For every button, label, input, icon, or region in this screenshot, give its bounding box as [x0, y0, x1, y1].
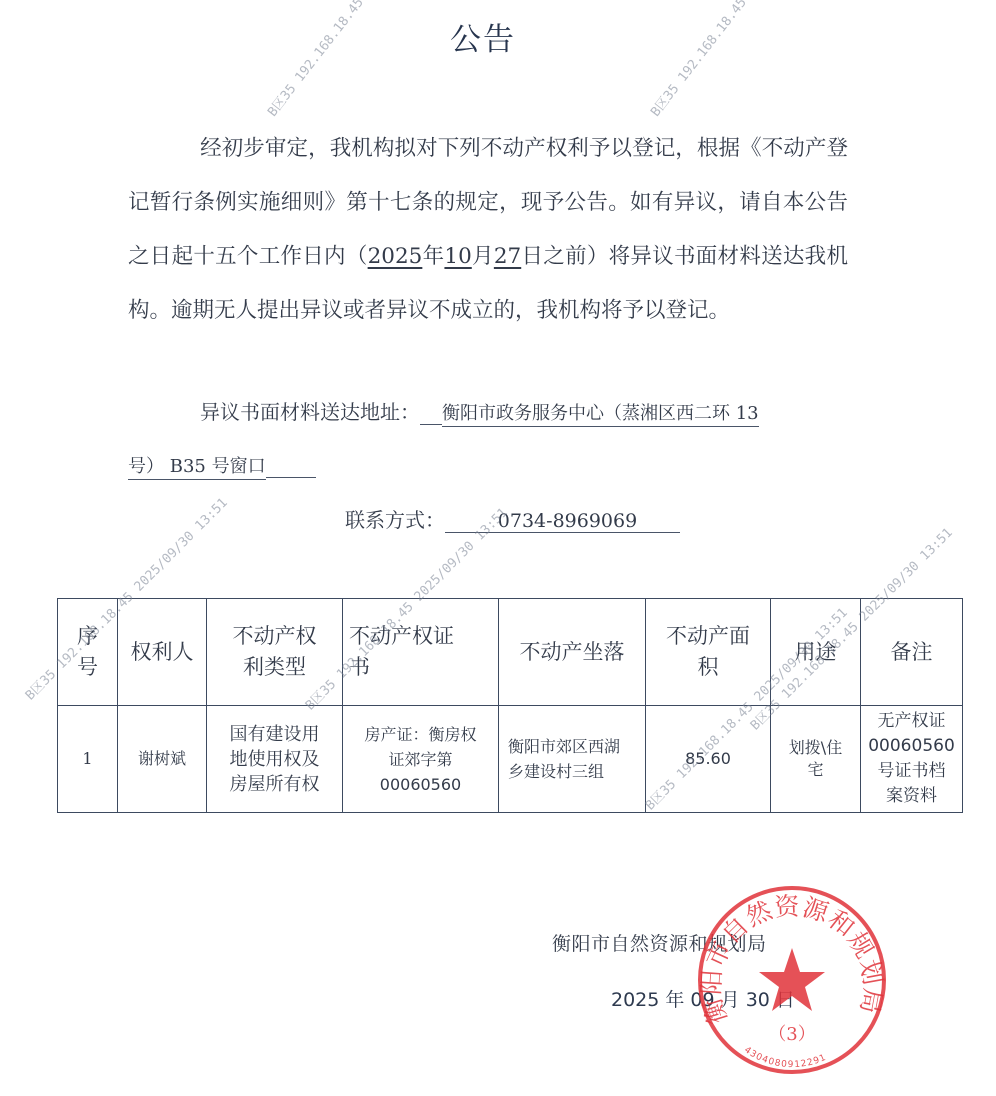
cell-holder: 谢树斌 — [118, 706, 207, 813]
deadline-day: 27 — [494, 244, 521, 269]
cell-location: 衡阳市郊区西湖乡建设村三组 — [499, 706, 646, 813]
month-label: 月 — [472, 244, 494, 269]
cell-certificate: 房产证：衡房权证郊字第00060560 — [343, 706, 499, 813]
cell-usage: 划拨\住宅 — [771, 706, 861, 813]
header-certificate: 不动产权证书 — [343, 599, 499, 706]
year-label: 年 — [422, 244, 444, 269]
deadline-year: 2025 — [368, 244, 423, 269]
official-seal-icon: 衡阳市自然资源和规划局 （3） 4304080912291 — [692, 880, 892, 1080]
table-header-row: 序号 权利人 不动产权利类型 不动产权证书 不动产坐落 不动产面积 用途 备注 — [58, 599, 963, 706]
header-holder: 权利人 — [118, 599, 207, 706]
address-label: 异议书面材料送达地址： — [200, 400, 420, 424]
svg-text:4304080912291: 4304080912291 — [742, 1045, 828, 1070]
header-right-type: 不动产权利类型 — [207, 599, 343, 706]
header-usage: 用途 — [771, 599, 861, 706]
header-index: 序号 — [58, 599, 118, 706]
notice-body-paragraph: 经初步审定，我机构拟对下列不动产权利予以登记，根据《不动产登记暂行条例实施细则》… — [128, 122, 848, 338]
notice-page: 公告 经初步审定，我机构拟对下列不动产权利予以登记，根据《不动产登记暂行条例实施… — [0, 0, 996, 1096]
header-area: 不动产面积 — [646, 599, 771, 706]
svg-text:（3）: （3） — [768, 1024, 815, 1045]
deadline-month: 10 — [444, 244, 471, 269]
address-value-line1: 衡阳市政务服务中心（蒸湘区西二环 13 — [442, 403, 759, 427]
cell-area: 85.60 — [646, 706, 771, 813]
contact-label: 联系方式： — [345, 508, 445, 532]
address-value-line2: 号） B35 号窗口 — [128, 456, 266, 480]
table-row: 1 谢树斌 国有建设用地使用权及房屋所有权 房产证：衡房权证郊字第0006056… — [58, 706, 963, 813]
registration-table: 序号 权利人 不动产权利类型 不动产权证书 不动产坐落 不动产面积 用途 备注 … — [57, 598, 963, 813]
address-row-continued: 号） B35 号窗口 — [128, 452, 316, 478]
header-location: 不动产坐落 — [499, 599, 646, 706]
contact-phone: 0734-8969069 — [445, 510, 680, 533]
issuing-organization: 衡阳市自然资源和规划局 — [552, 929, 767, 956]
cell-remark: 无产权证00060560号证书档案资料 — [861, 706, 963, 813]
cell-index: 1 — [58, 706, 118, 813]
address-row: 异议书面材料送达地址：衡阳市政务服务中心（蒸湘区西二环 13 — [200, 396, 759, 425]
page-title: 公告 — [0, 14, 966, 59]
issue-date: 2025 年 09 月 30 日 — [611, 985, 795, 1012]
header-remark: 备注 — [861, 599, 963, 706]
cell-right-type: 国有建设用地使用权及房屋所有权 — [207, 706, 343, 813]
contact-row: 联系方式：0734-8969069 — [345, 504, 680, 533]
